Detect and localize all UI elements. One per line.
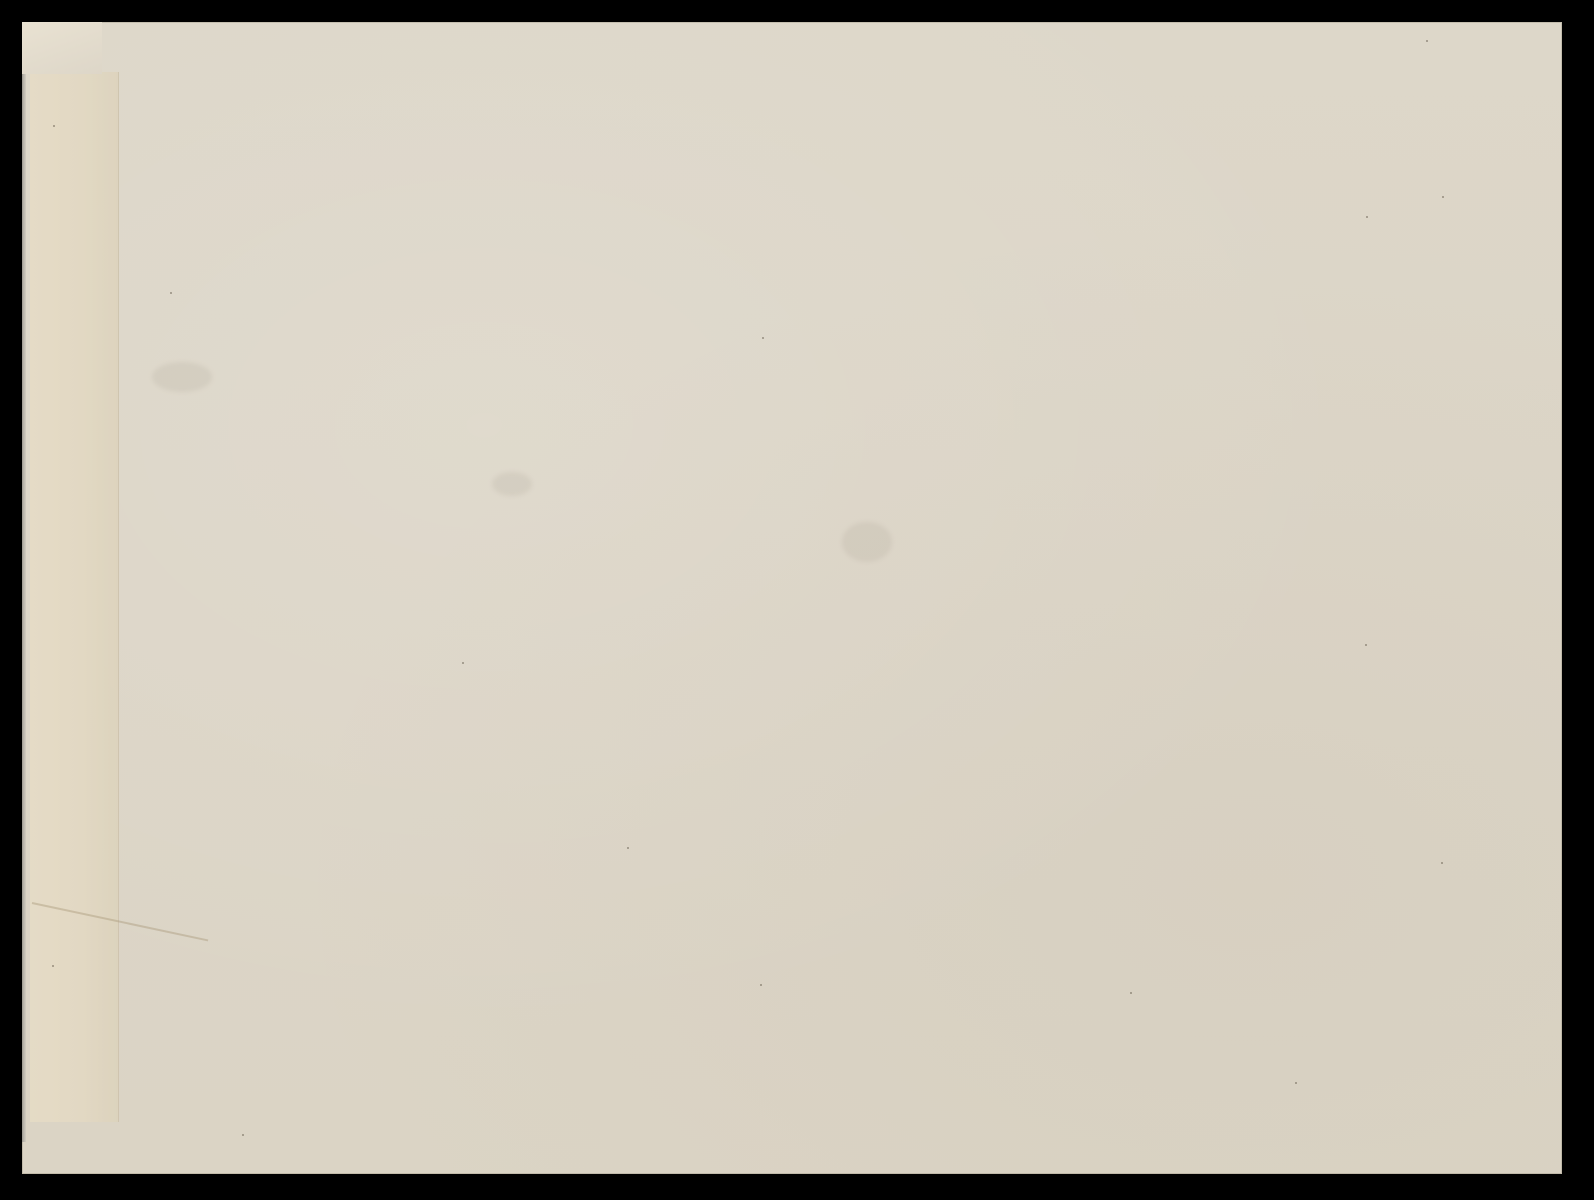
corner-fold [22, 22, 102, 74]
speck [1426, 40, 1428, 42]
speck [1295, 1082, 1297, 1084]
speck [1130, 992, 1132, 994]
stain-mark [152, 362, 212, 392]
speck [1365, 644, 1367, 646]
speck [53, 125, 55, 127]
speck [627, 847, 629, 849]
hinge-tape-strip [30, 72, 119, 1122]
speck [462, 662, 464, 664]
paper-left-edge [22, 52, 26, 1142]
speck [762, 337, 764, 339]
speck [242, 1134, 244, 1136]
speck [1366, 216, 1368, 218]
speck [52, 965, 54, 967]
stain-mark [842, 522, 892, 562]
paper-sheet [22, 22, 1562, 1174]
scan-background [0, 0, 1594, 1200]
speck [1441, 862, 1443, 864]
speck [760, 984, 762, 986]
speck [170, 292, 172, 294]
stain-mark [492, 472, 532, 496]
speck [1442, 196, 1444, 198]
